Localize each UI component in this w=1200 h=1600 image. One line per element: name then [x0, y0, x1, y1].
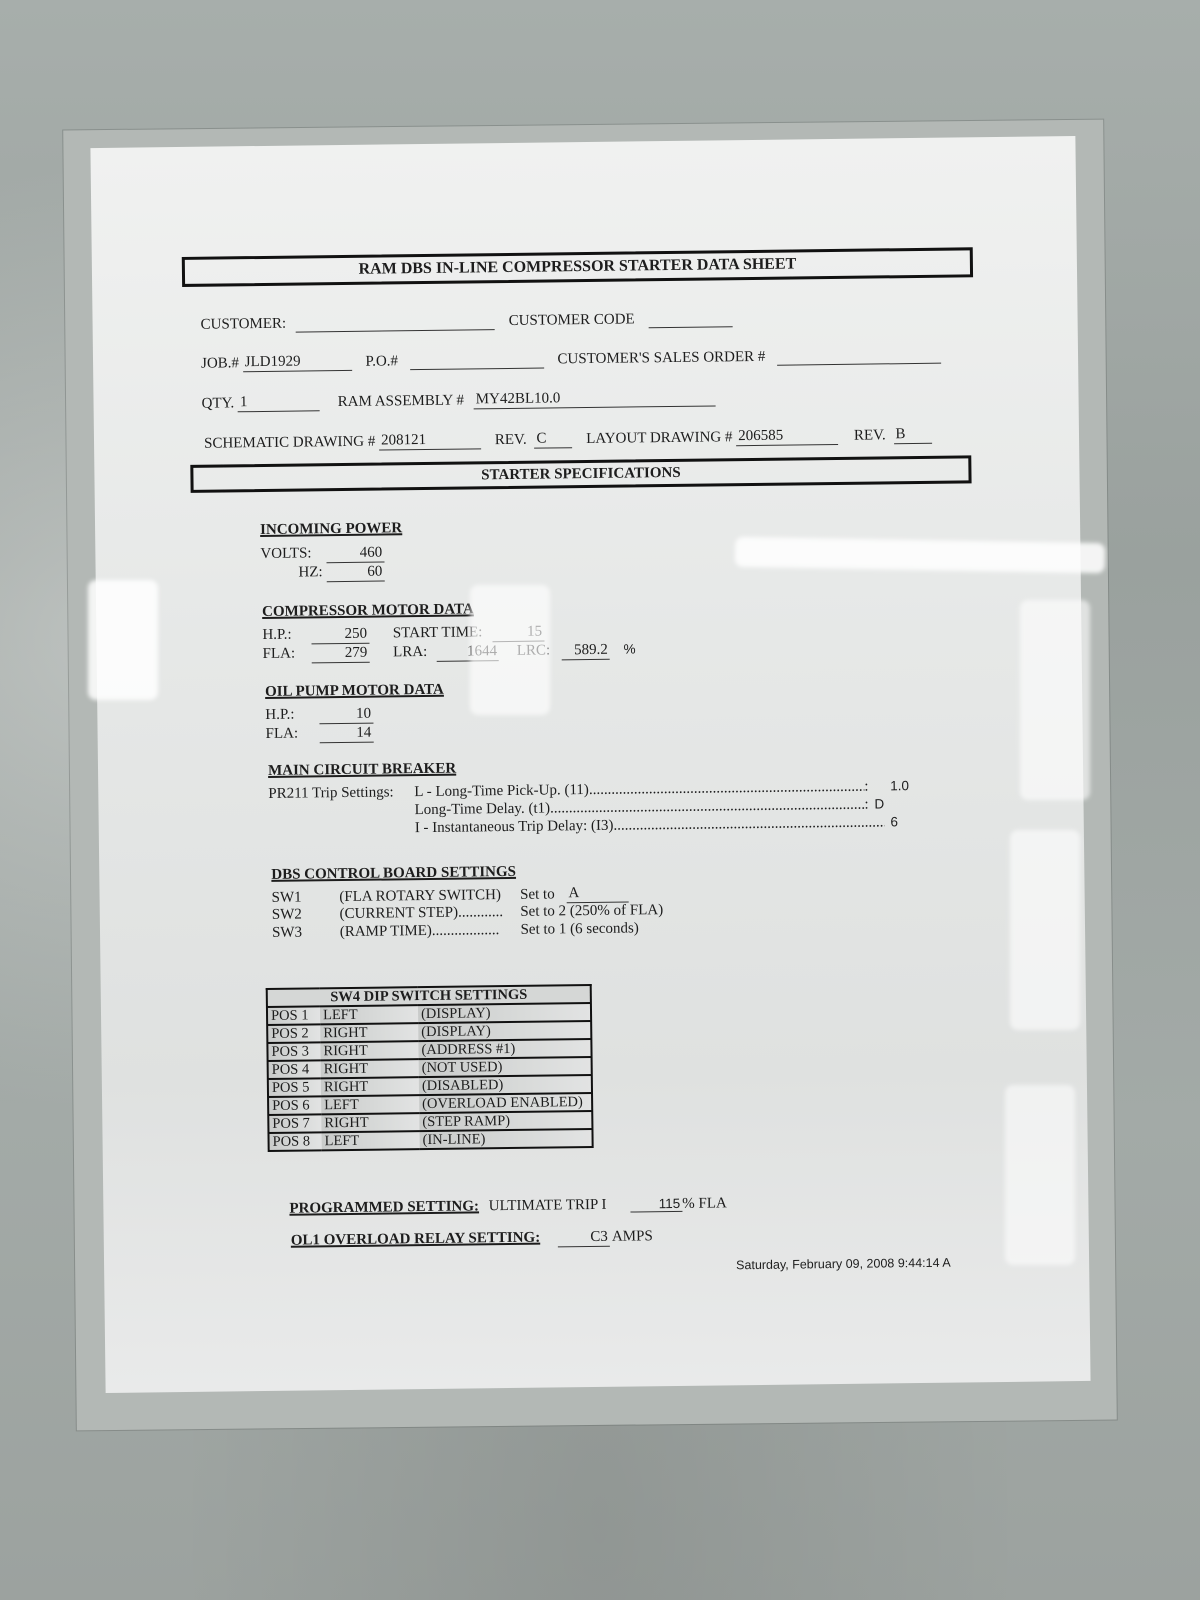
customer-row: CUSTOMER: CUSTOMER CODE [201, 310, 733, 333]
start-time-label: START TIME: [393, 624, 483, 641]
qty-field: 1 [238, 393, 320, 412]
dip-direction: LEFT [321, 1131, 419, 1150]
glare-reflection [88, 580, 158, 700]
sales-order-label: CUSTOMER'S SALES ORDER # [557, 349, 765, 368]
layout-field: 206585 [736, 427, 838, 446]
dip-function: (NOT USED) [419, 1057, 592, 1077]
hz-label: HZ: [261, 564, 323, 582]
assembly-field: MY42BL10.0 [474, 388, 716, 409]
breaker-setting-sep: : [864, 779, 868, 795]
dip-function: (ADDRESS #1) [418, 1039, 591, 1059]
job-row: JOB.# JLD1929 P.O.# CUSTOMER'S SALES ORD… [201, 346, 941, 373]
programmed-setting-value: 115 [630, 1196, 682, 1213]
glare-reflection [1010, 830, 1080, 1030]
switch-desc: (RAMP TIME).................. [340, 922, 517, 941]
schematic-rev-field: C [534, 430, 572, 448]
volts-label: VOLTS: [260, 545, 322, 563]
dip-direction: RIGHT [320, 1041, 418, 1060]
switch-id: SW1 [272, 889, 336, 907]
control-board-heading: DBS CONTROL BOARD SETTINGS [271, 864, 516, 884]
oil-pump-heading: OIL PUMP MOTOR DATA [265, 682, 444, 701]
customer-code-field [648, 310, 732, 328]
breaker-setting-value: D [874, 796, 884, 811]
customer-field [296, 313, 495, 332]
schematic-field: 208121 [379, 431, 481, 450]
po-label: P.O.# [365, 353, 398, 369]
glare-reflection [470, 585, 550, 715]
overload-relay-value: C3 [558, 1229, 610, 1248]
layout-rev-field: B [893, 426, 931, 444]
programmed-setting-row: PROGRAMMED SETTING: ULTIMATE TRIP I 115%… [289, 1195, 727, 1217]
programmed-setting-text: ULTIMATE TRIP I [489, 1197, 607, 1214]
lra-label: LRA: [393, 644, 427, 660]
switch-row: SW3 (RAMP TIME).................. Set to… [272, 920, 639, 941]
trip-settings-label: PR211 Trip Settings: [268, 784, 394, 803]
data-sheet: RAM DBS IN-LINE COMPRESSOR STARTER DATA … [90, 136, 1090, 1393]
oil-fla-label: FLA: [266, 725, 316, 743]
dip-direction: RIGHT [321, 1059, 419, 1078]
dip-switch-rows: POS 1LEFT(DISPLAY)POS 2RIGHT(DISPLAY)POS… [267, 1003, 593, 1151]
data-sheet-paper: RAM DBS IN-LINE COMPRESSOR STARTER DATA … [90, 136, 1090, 1393]
layout-rev-label: REV. [854, 427, 886, 443]
dip-direction: LEFT [320, 1005, 418, 1024]
dip-function: (DISPLAY) [418, 1003, 591, 1023]
dip-pos: POS 2 [267, 1024, 320, 1043]
qty-label: QTY. [201, 395, 234, 411]
job-field: JLD1929 [243, 353, 352, 372]
glare-reflection [1005, 1085, 1075, 1265]
dip-pos: POS 6 [268, 1096, 321, 1115]
dip-direction: RIGHT [320, 1023, 418, 1042]
lrc-unit: % [624, 641, 636, 656]
dip-switch-row: POS 8LEFT(IN-LINE) [268, 1129, 592, 1151]
compressor-hp-label: H.P.: [262, 626, 307, 644]
breaker-setting-sep: : [864, 797, 868, 813]
compressor-motor-heading: COMPRESSOR MOTOR DATA [262, 601, 474, 621]
drawing-row: SCHEMATIC DRAWING # 208121 REV. C LAYOUT… [204, 426, 932, 453]
oil-hp-label: H.P.: [265, 706, 315, 724]
dip-function: (DISABLED) [419, 1075, 592, 1095]
programmed-setting-unit: % FLA [682, 1195, 727, 1212]
dip-direction: RIGHT [321, 1113, 419, 1132]
dip-function: (STEP RAMP) [419, 1111, 592, 1131]
overload-relay-unit: AMPS [612, 1228, 653, 1244]
breaker-setting-value: 1.0 [890, 778, 909, 793]
dip-pos: POS 4 [268, 1060, 321, 1079]
qty-row: QTY. 1 RAM ASSEMBLY # MY42BL10.0 [201, 388, 715, 412]
sales-order-field [777, 347, 941, 366]
oil-fla-row: FLA: 14 [266, 725, 374, 744]
oil-hp-value: 10 [319, 706, 373, 725]
oil-hp-row: H.P.: 10 [265, 706, 373, 725]
compressor-fla-value: 279 [311, 645, 369, 664]
dip-direction: RIGHT [321, 1077, 419, 1096]
switch-id: SW3 [272, 924, 336, 942]
customer-code-label: CUSTOMER CODE [509, 311, 635, 329]
breaker-setting-value: 6 [890, 814, 898, 829]
lrc-value: 589.2 [562, 642, 610, 661]
dip-switch-table: SW4 DIP SWITCH SETTINGS POS 1LEFT(DISPLA… [266, 984, 594, 1152]
glare-reflection [735, 537, 1105, 573]
specs-title: STARTER SPECIFICATIONS [190, 455, 971, 493]
hz-value: 60 [326, 564, 384, 583]
compressor-fla-row: FLA: 279 LRA: 1644 LRC: 589.2 % [263, 641, 636, 664]
sheet-title: RAM DBS IN-LINE COMPRESSOR STARTER DATA … [182, 247, 973, 287]
switch-setting: Set to 2 (250% of FLA) [520, 902, 663, 920]
dip-function: (IN-LINE) [419, 1129, 592, 1149]
incoming-power-heading: INCOMING POWER [260, 520, 402, 539]
programmed-setting-label: PROGRAMMED SETTING: [289, 1198, 479, 1216]
schematic-rev-label: REV. [495, 432, 527, 448]
switch-setting: Set to 1 (6 seconds) [520, 920, 639, 937]
schematic-label: SCHEMATIC DRAWING # [204, 434, 375, 452]
overload-relay-row: OL1 OVERLOAD RELAY SETTING: C3AMPS [291, 1228, 653, 1250]
switch-desc: (CURRENT STEP)............ [339, 904, 516, 923]
oil-fla-value: 14 [319, 725, 373, 744]
po-field [410, 352, 544, 371]
dip-pos: POS 1 [267, 1006, 320, 1025]
customer-label: CUSTOMER: [201, 316, 287, 333]
switch-setting-prefix: Set to [520, 886, 555, 902]
hz-row: HZ: 60 [261, 564, 385, 584]
volts-row: VOLTS: 460 [260, 545, 384, 565]
dip-pos: POS 7 [268, 1114, 321, 1133]
dip-direction: LEFT [321, 1095, 419, 1114]
overload-relay-label: OL1 OVERLOAD RELAY SETTING: [291, 1230, 541, 1249]
switch-setting: A [566, 885, 628, 904]
glare-reflection [1020, 600, 1090, 800]
dip-function: (OVERLOAD ENABLED) [419, 1093, 592, 1113]
job-label: JOB.# [201, 355, 239, 371]
main-breaker-heading: MAIN CIRCUIT BREAKER [268, 761, 456, 780]
volts-value: 460 [326, 545, 384, 564]
assembly-label: RAM ASSEMBLY # [338, 393, 464, 411]
switch-id: SW2 [272, 906, 336, 924]
switch-desc: (FLA ROTARY SWITCH) [339, 887, 516, 906]
compressor-fla-label: FLA: [263, 645, 308, 663]
compressor-hp-value: 250 [311, 626, 369, 645]
dip-pos: POS 3 [267, 1042, 320, 1061]
print-timestamp: Saturday, February 09, 2008 9:44:14 A [736, 1256, 951, 1273]
layout-label: LAYOUT DRAWING # [586, 429, 732, 447]
dip-function: (DISPLAY) [418, 1021, 591, 1041]
dip-pos: POS 8 [268, 1132, 321, 1151]
dip-pos: POS 5 [268, 1078, 321, 1097]
